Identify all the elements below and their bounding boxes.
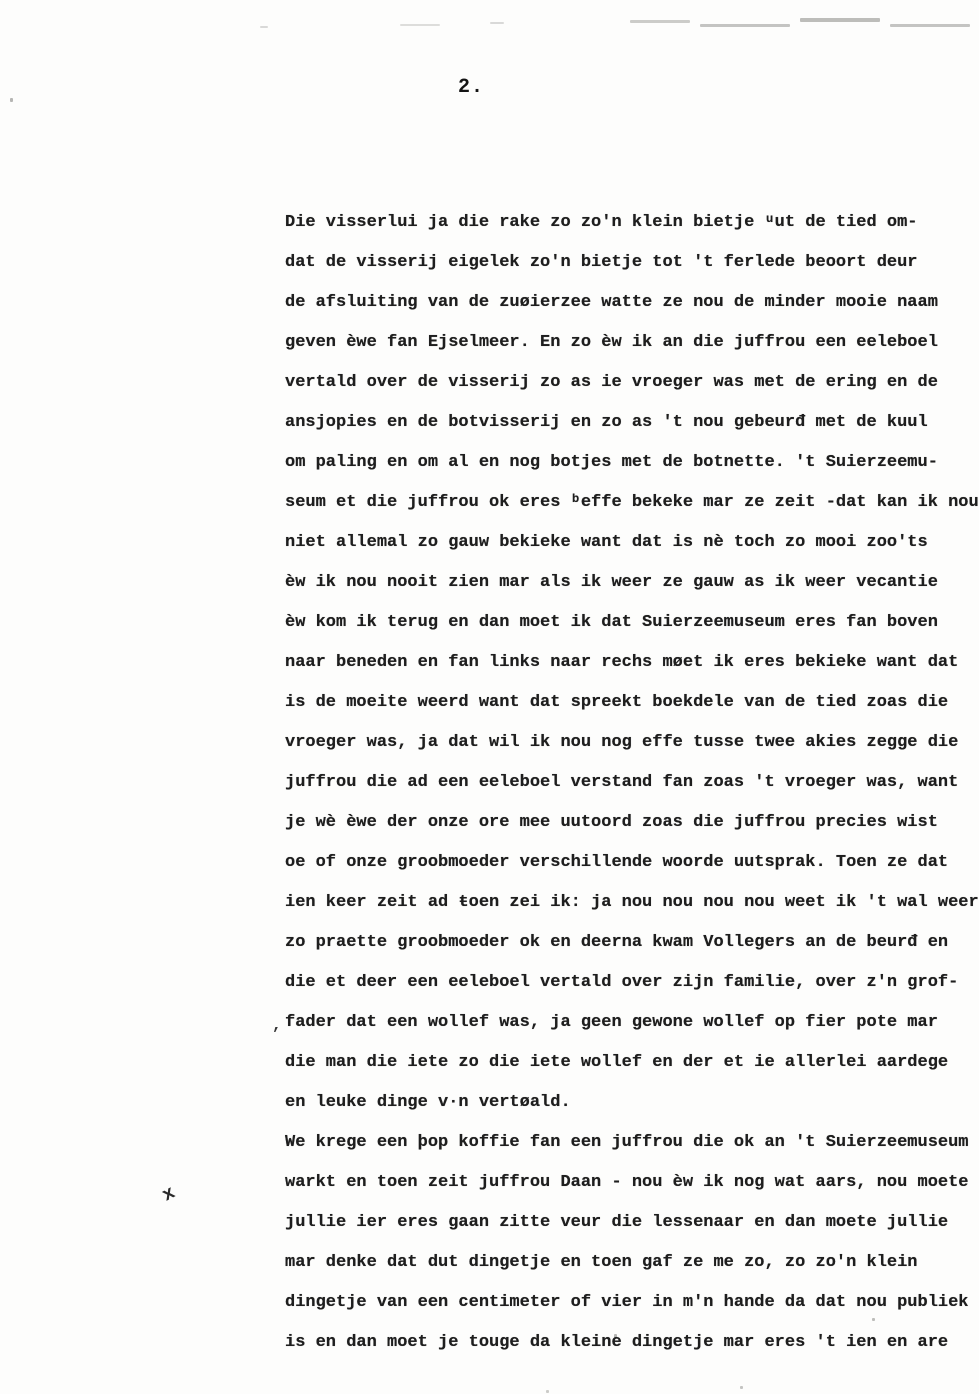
scan-noise-speck — [700, 24, 790, 27]
text-line: dat de visserij eigelek zo'n bietje tot … — [285, 243, 975, 283]
text-line: niet allemal zo gauw bekieke want dat is… — [285, 523, 975, 563]
page-number: 2. — [458, 76, 484, 99]
text-line: mar denke dat dut dingetje en toen gaf z… — [285, 1243, 975, 1283]
text-line: die man die iete zo die iete wollef en d… — [285, 1043, 975, 1083]
scan-noise-speck — [10, 98, 13, 102]
scan-noise-speck — [260, 26, 268, 28]
text-line: èw ik nou nooit zien mar als ik weer ze … — [285, 563, 975, 603]
margin-comma-mark: , — [272, 1016, 282, 1034]
text-line: om paling en om al en nog botjes met de … — [285, 443, 975, 483]
scan-noise-speck — [740, 1386, 743, 1389]
text-line: fader dat een wollef was, ja geen gewone… — [285, 1003, 975, 1043]
scan-noise-speck — [890, 24, 970, 27]
text-line: vertald over de visserij zo as ie vroege… — [285, 363, 975, 403]
text-line: Die visserlui ja die rake zo zo'n klein … — [285, 203, 975, 243]
scan-noise-speck — [400, 24, 440, 26]
scan-noise-speck — [490, 22, 504, 24]
text-line: en leuke dinge v·n vertøald. — [285, 1083, 975, 1123]
scan-noise-speck — [800, 18, 880, 22]
scan-noise-speck — [630, 20, 690, 23]
text-line: de afsluiting van de zuøierzee watte ze … — [285, 283, 975, 323]
typewritten-page: 2. x , Die visserlui ja die rake zo zo'n… — [0, 0, 979, 1394]
text-line: ien keer zeit ad ŧoen zei ik: ja nou nou… — [285, 883, 975, 923]
text-line: naar beneden en fan links naar rechs møe… — [285, 643, 975, 683]
text-line: jullie ier eres gaan zitte veur die less… — [285, 1203, 975, 1243]
text-line: oe of onze groobmoeder verschillende woo… — [285, 843, 975, 883]
text-line: die et deer een eeleboel vertald over zi… — [285, 963, 975, 1003]
scan-noise-speck — [546, 1390, 549, 1393]
text-line: zo praette groobmoeder ok en deerna kwam… — [285, 923, 975, 963]
handwritten-x-mark: x — [159, 1182, 179, 1207]
text-line: dingetje van een centimeter of vier in m… — [285, 1283, 975, 1323]
text-line: juffrou die ad een eeleboel verstand fan… — [285, 763, 975, 803]
text-line: We krege een þop koffie fan een juffrou … — [285, 1123, 975, 1163]
text-line: is en dan moet je touge da kleine dinget… — [285, 1323, 975, 1363]
text-line: warkt en toen zeit juffrou Daan - nou èw… — [285, 1163, 975, 1203]
text-line: geven èwe fan Ejselmeer. En zo èw ik an … — [285, 323, 975, 363]
text-line: seum et die juffrou ok eres ᵇeffe bekeke… — [285, 483, 975, 523]
text-line: ansjopies en de botvisserij en zo as 't … — [285, 403, 975, 443]
text-line: is de moeite weerd want dat spreekt boek… — [285, 683, 975, 723]
body-text: Die visserlui ja die rake zo zo'n klein … — [285, 203, 975, 1363]
text-line: vroeger was, ja dat wil ik nou nog effe … — [285, 723, 975, 763]
text-line: je wè èwe der onze ore mee uutoord zoas … — [285, 803, 975, 843]
text-line: èw kom ik terug en dan moet ik dat Suier… — [285, 603, 975, 643]
